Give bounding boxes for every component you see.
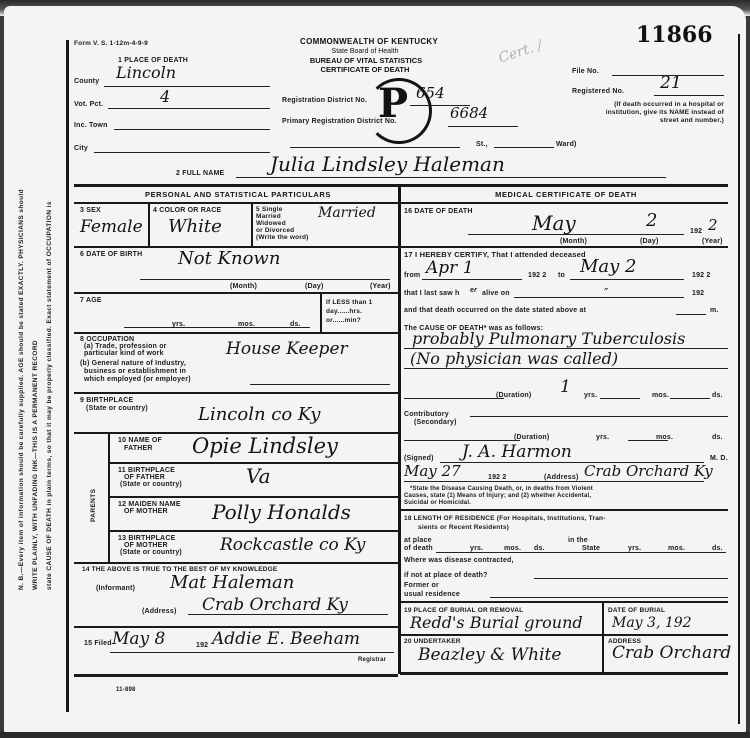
street-line <box>290 147 460 148</box>
attended-from: Apr 1 <box>426 259 474 277</box>
father-name-label-2: FATHER <box>124 445 153 453</box>
death-month: May <box>532 212 576 234</box>
duration2-mos: mos. <box>656 434 673 442</box>
less-than-day-2: day......hrs. <box>326 307 373 316</box>
occupation-value: House Keeper <box>226 340 348 358</box>
ward-line <box>494 147 554 148</box>
registrar-value: Addie E. Beeham <box>212 630 360 648</box>
residence-label-1: 18 LENGTH OF RESIDENCE (For Hospitals, I… <box>404 515 606 523</box>
duration-lead-line <box>404 398 504 399</box>
duration-ds: ds. <box>712 392 723 400</box>
primary-reg-line <box>448 126 518 127</box>
attended-to-line <box>570 279 684 280</box>
header-divider <box>74 184 728 187</box>
inc-town-label: Inc. Town <box>74 122 108 130</box>
father-birthplace-value: Va <box>246 464 271 488</box>
contributory-label-2: (Secondary) <box>414 419 457 427</box>
filed-year: 192 <box>196 642 208 650</box>
dob-line <box>140 279 390 280</box>
at-place-label-2: of death <box>404 545 433 553</box>
header-line-2: State Board of Health <box>300 48 430 55</box>
row-rule-6 <box>74 562 398 564</box>
death-year-prefix: 192 <box>690 228 702 236</box>
less-than-day-3: or......min? <box>326 316 373 325</box>
marital-label-2: Married <box>256 213 309 220</box>
marital-label-5: (Write the word) <box>256 234 309 241</box>
in-state-label-1: in the <box>568 537 588 545</box>
row-rule-7 <box>74 626 398 628</box>
parents-label: PARENTS <box>90 489 97 522</box>
document-number: 11866 <box>636 22 713 48</box>
filed-value: May 8 <box>112 630 165 648</box>
occupation-b-line <box>250 384 390 385</box>
personal-section-title: PERSONAL AND STATISTICAL PARTICULARS <box>80 190 396 199</box>
occupation-b-1: (b) General nature of Industry, <box>80 360 186 368</box>
right-border <box>738 34 740 724</box>
dob-label: 6 DATE OF BIRTH <box>80 251 142 259</box>
header-line-4: CERTIFICATE OF DEATH <box>300 65 430 74</box>
header-line-3: BUREAU OF VITAL STATISTICS <box>296 56 436 65</box>
death-month-label: (Month) <box>560 238 587 246</box>
if-not-line <box>534 578 728 579</box>
father-name-value: Opie Lindsley <box>192 434 338 458</box>
duration-value: 1 <box>560 378 571 396</box>
st-label: St., <box>476 141 488 149</box>
filed-line <box>110 652 394 653</box>
registered-no-label: Registered No. <box>572 88 624 96</box>
age-label: 7 AGE <box>80 297 102 305</box>
medical-rule-2 <box>400 509 728 511</box>
sex-divider <box>148 204 150 246</box>
former-label-2: usual residence <box>404 591 460 599</box>
signed-date: May 27 <box>404 462 461 480</box>
ward-label: Ward) <box>556 141 577 149</box>
father-name-label-1: 10 NAME OF <box>118 437 162 445</box>
form-id: Form V. S. 1-12m-4-9-9 <box>74 40 148 48</box>
age-divider <box>320 294 322 332</box>
duration-label: (Duration) <box>496 392 531 400</box>
death-year-suffix: 2 <box>708 216 718 234</box>
side-note-1: N. B.—Every item of information should b… <box>18 189 25 590</box>
informant-address-label: (Address) <box>142 608 176 616</box>
alive-on-value: ″ <box>604 284 608 302</box>
county-value: Lincoln <box>116 64 176 82</box>
age-yrs-label: yrs. <box>172 321 185 329</box>
sex-value: Female <box>80 218 143 236</box>
vot-pct-line <box>108 108 270 109</box>
last-saw-text: that I last saw h <box>404 290 460 298</box>
where-contracted-label: Where was disease contracted, <box>404 557 514 565</box>
duration-mos: mos. <box>652 392 669 400</box>
father-birthplace-label-3: (State or country) <box>120 481 182 489</box>
less-than-day-1: If LESS than 1 <box>326 298 373 307</box>
dob-year-label: (Year) <box>370 283 391 291</box>
marital-value: Married <box>318 204 376 222</box>
stamp-letter: P <box>378 82 408 126</box>
m-label: m. <box>710 307 719 315</box>
duration-mos-line <box>600 398 640 399</box>
vot-pct-value: 4 <box>160 88 170 106</box>
cause-line-1: probably Pulmonary Tuberculosis <box>412 330 685 348</box>
birthplace-label-1: 9 BIRTHPLACE <box>80 397 133 405</box>
parents-rule-3 <box>108 530 398 532</box>
occupation-b-2: business or establishment in <box>84 368 186 376</box>
medical-section-title: MEDICAL CERTIFICATE OF DEATH <box>404 190 728 199</box>
duration2-label: (Duration) <box>514 434 549 442</box>
city-label: City <box>74 145 88 153</box>
marital-label-4: or Divorced <box>256 227 309 234</box>
former-label-1: Former or <box>404 582 439 590</box>
color-label: 4 COLOR OR RACE <box>153 207 221 215</box>
duration2-ds: ds. <box>712 434 723 442</box>
full-name-value: Julia Lindsley Haleman <box>270 152 505 176</box>
at-place-label-1: at place <box>404 537 432 545</box>
dob-value: Not Known <box>178 250 280 268</box>
informant-label: (Informant) <box>96 585 135 593</box>
registered-no-line <box>654 95 724 96</box>
to-label: to <box>558 272 565 280</box>
left-bottom-rule <box>74 674 398 677</box>
medical-rule-3 <box>400 601 728 603</box>
undertaker-value: Beazley & White <box>418 646 561 664</box>
contributory-line <box>470 416 728 417</box>
duration-yrs: yrs. <box>584 392 597 400</box>
date-of-death-line <box>468 234 684 235</box>
burial-place-value: Redd's Burial ground <box>410 614 583 632</box>
marital-labels: 5 Single Married Widowed or Divorced (Wr… <box>256 206 309 241</box>
reg-district-label: Registration District No. <box>282 97 367 105</box>
left-border <box>66 40 69 712</box>
row-rule-4 <box>74 392 398 394</box>
residence-line <box>436 552 726 553</box>
inc-town-line <box>114 129 270 130</box>
residence-label-2: sients or Recent Residents) <box>418 524 509 532</box>
death-year-label: (Year) <box>702 238 723 246</box>
death-time-line <box>676 314 706 315</box>
footnote-1: *State the Disease Causing Death, or, in… <box>410 486 593 493</box>
filed-label: 15 Filed <box>84 640 112 648</box>
death-day-label: (Day) <box>640 238 659 246</box>
side-note-3: state CAUSE OF DEATH in plain terms, so … <box>46 201 53 590</box>
age-ds-label: ds. <box>290 321 301 329</box>
alive-year: 192 <box>692 290 704 298</box>
date-of-death-label: 16 DATE OF DEATH <box>404 208 473 216</box>
footnote-2: Causes, state (1) Means of Injury; and (… <box>404 493 591 500</box>
hospital-note: (If death occurred in a hospital or inst… <box>600 101 724 125</box>
city-line <box>94 152 270 153</box>
color-divider <box>251 204 253 246</box>
medical-rule-1 <box>400 246 728 248</box>
death-occurred-text: and that death occurred on the date stat… <box>404 307 586 315</box>
county-label: County <box>74 78 99 86</box>
dob-day-label: (Day) <box>305 283 324 291</box>
duration2-lead-line <box>404 440 520 441</box>
footer-code: 11-898 <box>116 686 136 694</box>
cause-rule-2 <box>404 368 728 369</box>
attended-from-line <box>422 279 522 280</box>
contributory-label-1: Contributory <box>404 411 449 419</box>
scan-bottom-edge <box>0 732 750 738</box>
row-rule-2 <box>74 292 398 294</box>
header-line-1: COMMONWEALTH OF KENTUCKY <box>300 37 430 46</box>
side-note-2: WRITE PLAINLY, WITH UNFADING INK—THIS IS… <box>32 340 39 590</box>
last-saw-her: er <box>470 287 477 295</box>
cause-line-2: (No physician was called) <box>410 350 618 368</box>
signed-date-line <box>404 481 704 482</box>
mother-birthplace-label-3: (State or country) <box>120 549 182 557</box>
right-bottom-rule <box>400 672 728 675</box>
registered-no-value: 21 <box>660 74 682 92</box>
marital-label-1: 5 Single <box>256 206 309 213</box>
side-margin-notes: N. B.—Every item of information should b… <box>12 170 62 590</box>
birthplace-label-2: (State or country) <box>86 405 148 413</box>
duration2-yrs: yrs. <box>596 434 609 442</box>
alive-on-line <box>514 297 684 298</box>
mother-name-label-2: OF MOTHER <box>124 508 168 516</box>
color-value: White <box>168 218 222 236</box>
former-line <box>490 597 728 598</box>
burial-divider <box>602 603 604 673</box>
less-than-day-labels: If LESS than 1 day......hrs. or......min… <box>326 298 373 325</box>
duration-ds-line <box>670 398 710 399</box>
medical-title-rule <box>400 202 728 204</box>
burial-date-value: May 3, 192 <box>612 614 692 632</box>
attended-to: May 2 <box>580 258 637 276</box>
attended-from-year: 192 2 <box>528 272 547 280</box>
undertaker-address-value: Crab Orchard <box>612 644 731 662</box>
occupation-b-3: which employed (or employer) <box>84 376 191 384</box>
full-name-line <box>236 177 666 178</box>
medical-rule-4 <box>400 634 728 636</box>
row-rule-3 <box>74 332 398 334</box>
occupation-a-2: particular kind of work <box>84 350 164 358</box>
death-day: 2 <box>646 212 657 230</box>
alive-on-label: alive on <box>482 290 510 298</box>
age-line <box>124 327 310 328</box>
county-line <box>104 86 270 87</box>
from-label: from <box>404 272 420 280</box>
registrar-label: Registrar <box>358 656 386 664</box>
birthplace-value: Lincoln co Ky <box>198 406 320 424</box>
if-not-label: if not at place of death? <box>404 572 488 580</box>
file-no-label: File No. <box>572 68 599 76</box>
sex-label: 3 SEX <box>80 207 101 215</box>
vot-pct-label: Vot. Pct. <box>74 101 103 109</box>
mother-birthplace-value: Rockcastle co Ky <box>220 536 365 554</box>
informant-address-value: Crab Orchard Ky <box>202 596 348 614</box>
informant-value: Mat Haleman <box>170 574 294 592</box>
full-name-label: 2 FULL NAME <box>176 170 224 178</box>
footnote-3: Suicidal or Homicidal. <box>404 500 471 507</box>
attended-to-year: 192 2 <box>692 272 711 280</box>
signed-value: J. A. Harmon <box>462 443 572 461</box>
dob-month-label: (Month) <box>230 283 257 291</box>
parents-rule-2 <box>108 496 398 498</box>
marital-label-3: Widowed <box>256 220 309 227</box>
primary-reg-value: 6684 <box>450 104 488 122</box>
age-mos-label: mos. <box>238 321 255 329</box>
signed-address-value: Crab Orchard Ky <box>584 462 713 480</box>
mother-name-value: Polly Honalds <box>212 500 351 524</box>
